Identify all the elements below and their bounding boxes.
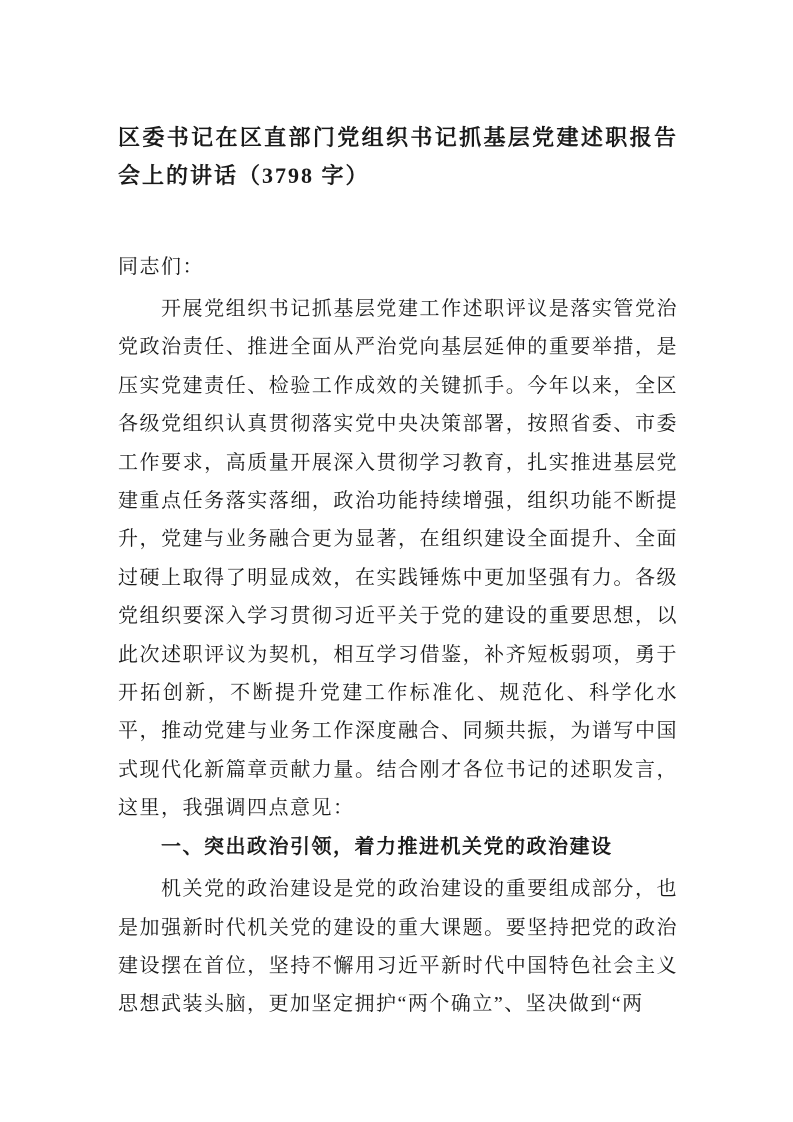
paragraph-section-1: 机关党的政治建设是党的政治建设的重要组成部分，也是加强新时代机关党的建设的重大课… xyxy=(118,870,678,1024)
section-1-heading: 一、突出政治引领，着力推进机关党的政治建设 xyxy=(118,828,678,866)
salutation: 同志们： xyxy=(118,248,678,286)
document-title: 区委书记在区直部门党组织书记抓基层党建述职报告会上的讲话（3798 字） xyxy=(118,119,678,195)
paragraph-intro: 开展党组织书记抓基层党建工作述职评议是落实管党治党政治责任、推进全面从严治党向基… xyxy=(118,290,678,828)
document-content: 区委书记在区直部门党组织书记抓基层党建述职报告会上的讲话（3798 字） 同志们… xyxy=(118,0,678,1024)
document-page: 区委书记在区直部门党组织书记抓基层党建述职报告会上的讲话（3798 字） 同志们… xyxy=(0,0,793,1122)
